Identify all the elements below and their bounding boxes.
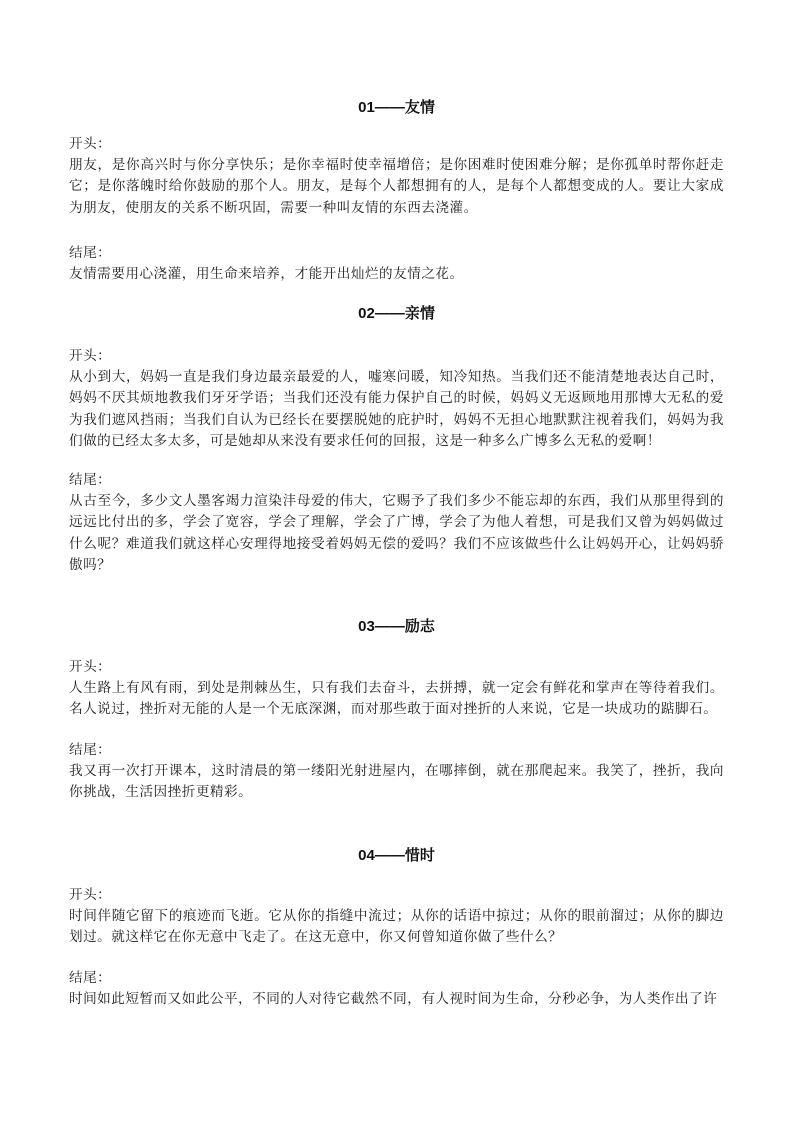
opening-label: 开头：: [69, 885, 724, 906]
ending-paragraph: 时间如此短暂而又如此公平，不同的人对待它截然不同，有人视时间为生命，分秒必争，为…: [69, 989, 724, 1010]
section-opening-inspiration: 开头： 人生路上有风有雨，到处是荆棘丛生，只有我们去奋斗，去拼搏，就一定会有鲜花…: [69, 657, 724, 721]
opening-label: 开头：: [69, 657, 724, 678]
section-title-inspiration: 03——励志: [69, 617, 724, 637]
opening-label: 开头：: [69, 346, 724, 367]
opening-paragraph: 时间伴随它留下的痕迹而飞逝。它从你的指缝中流过；从你的话语中掠过；从你的眼前溜过…: [69, 906, 724, 948]
section-opening-family: 开头： 从小到大，妈妈一直是我们身边最亲最爱的人，嘘寒问暖，知冷知热。当我们还不…: [69, 346, 724, 452]
opening-paragraph: 朋友，是你高兴时与你分享快乐；是你幸福时使幸福增倍；是你困难时使困难分解；是你孤…: [69, 155, 724, 219]
section-title-family: 02——亲情: [69, 304, 724, 324]
section-ending-friendship: 结尾： 友情需要用心浇灌，用生命来培养，才能开出灿烂的友情之花。: [69, 243, 724, 285]
opening-label: 开头：: [69, 134, 724, 155]
opening-paragraph: 从小到大，妈妈一直是我们身边最亲最爱的人，嘘寒问暖，知冷知热。当我们还不能清楚地…: [69, 367, 724, 452]
section-ending-inspiration: 结尾： 我又再一次打开课本，这时清晨的第一缕阳光射进屋内，在哪摔倒，就在那爬起来…: [69, 740, 724, 804]
section-ending-family: 结尾： 从古至今，多少文人墨客竭力渲染沣母爱的伟大，它赐予了我们多少不能忘却的东…: [69, 470, 724, 576]
opening-paragraph: 人生路上有风有雨，到处是荆棘丛生，只有我们去奋斗，去拼搏，就一定会有鲜花和掌声在…: [69, 678, 724, 720]
ending-label: 结尾：: [69, 243, 724, 264]
section-title-time: 04——惜时: [69, 846, 724, 866]
ending-paragraph: 友情需要用心浇灌，用生命来培养，才能开出灿烂的友情之花。: [69, 264, 724, 285]
section-opening-friendship: 开头： 朋友，是你高兴时与你分享快乐；是你幸福时使幸福增倍；是你困难时使困难分解…: [69, 134, 724, 219]
ending-label: 结尾：: [69, 470, 724, 491]
ending-paragraph: 从古至今，多少文人墨客竭力渲染沣母爱的伟大，它赐予了我们多少不能忘却的东西，我们…: [69, 491, 724, 576]
section-ending-time: 结尾： 时间如此短暂而又如此公平，不同的人对待它截然不同，有人视时间为生命，分秒…: [69, 968, 724, 1010]
ending-label: 结尾：: [69, 968, 724, 989]
ending-label: 结尾：: [69, 740, 724, 761]
ending-paragraph: 我又再一次打开课本，这时清晨的第一缕阳光射进屋内，在哪摔倒，就在那爬起来。我笑了…: [69, 761, 724, 803]
section-title-friendship: 01——友情: [69, 98, 724, 118]
section-opening-time: 开头： 时间伴随它留下的痕迹而飞逝。它从你的指缝中流过；从你的话语中掠过；从你的…: [69, 885, 724, 949]
